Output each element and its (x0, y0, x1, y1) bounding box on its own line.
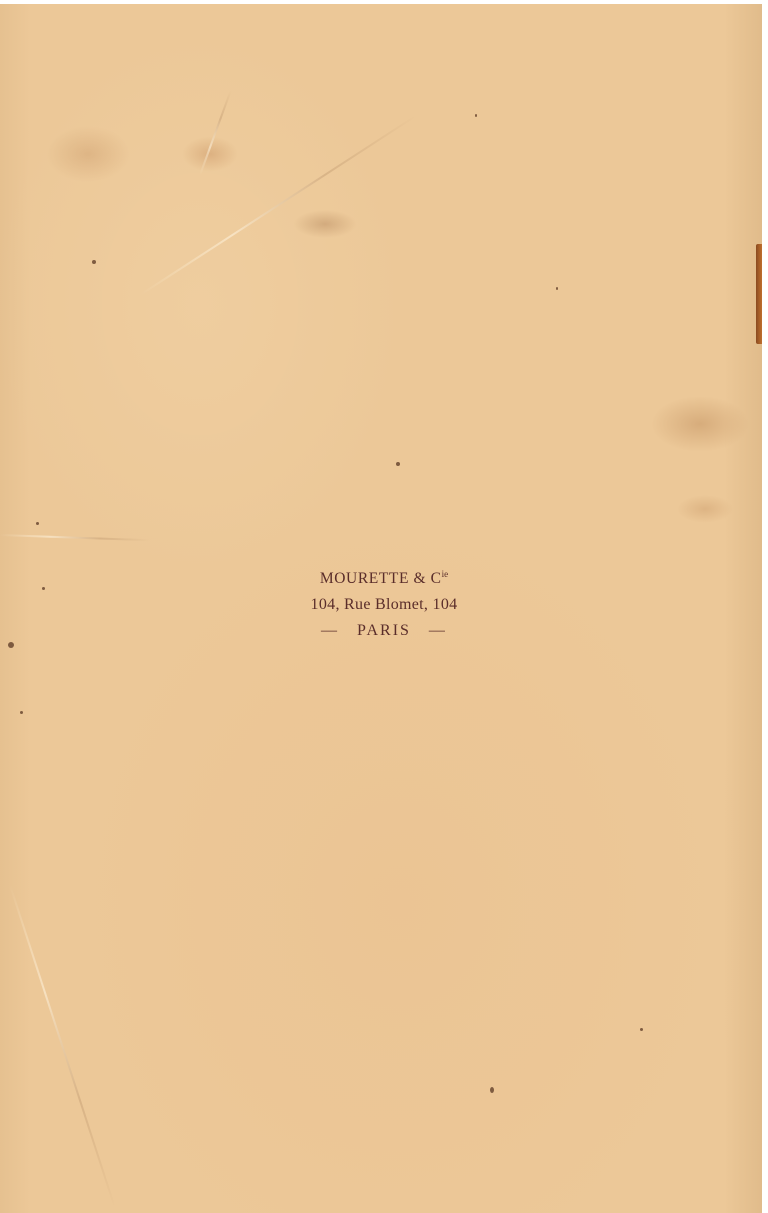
ink-speck (490, 1087, 494, 1093)
ink-speck (20, 711, 23, 714)
printer-imprint: MOURETTE & Cie 104, Rue Blomet, 104 — PA… (0, 561, 768, 644)
imprint-address: 104, Rue Blomet, 104 (0, 592, 768, 618)
ink-speck (92, 260, 96, 264)
ink-speck (556, 287, 558, 290)
imprint-company: MOURETTE & Cie (0, 561, 768, 592)
ink-speck (36, 522, 39, 525)
paper-crease (9, 885, 116, 1209)
ink-speck (396, 462, 400, 466)
binding-tab-edge (756, 244, 762, 344)
company-superscript: ie (442, 569, 449, 579)
ink-speck (475, 114, 477, 117)
company-name: MOURETTE & C (320, 570, 442, 587)
paper-crease (0, 534, 150, 541)
paper-crease (199, 90, 232, 175)
imprint-city: — PARIS — (0, 618, 768, 644)
paper-crease (139, 114, 417, 295)
ink-speck (640, 1028, 643, 1031)
